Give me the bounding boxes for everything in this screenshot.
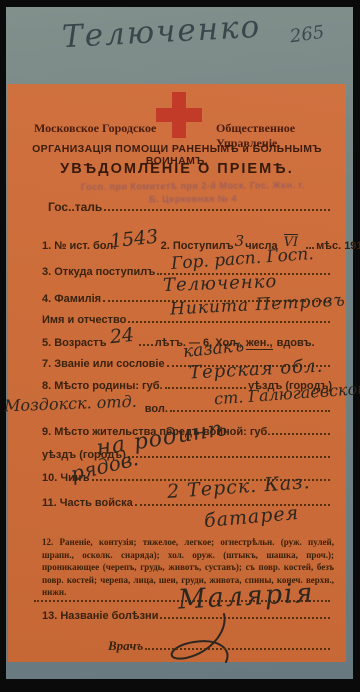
estate-label: 7. Званіе или сословіе [42, 358, 165, 370]
field-disease: 13. Названіе болѣзни Малярія [42, 605, 332, 622]
hospital-stamp-line1: Госп. при Комитетѣ при 2-й Моск. Гос. Же… [68, 179, 318, 194]
handwriting-admission-day: 3 [235, 234, 245, 249]
volost-label: вол. [145, 403, 168, 415]
age-label: 5. Возрастъ [42, 337, 107, 349]
handwriting-history-number: 1543 [109, 228, 159, 252]
form-paper: Московское Городское Общественное Управл… [8, 84, 346, 662]
history-number-label: 1. № ист. бол. [42, 240, 116, 252]
handwriting-birthplace-gub: Терская обл. [188, 357, 323, 382]
year-prefix-label: мѣс. 191 [316, 240, 360, 252]
red-cross-icon [156, 92, 202, 138]
handwriting-age: 24 [109, 326, 135, 347]
military-unit-label: 11. Часть войска [42, 497, 133, 509]
marital-underlined: жен., [246, 337, 273, 350]
surname-label: 4. Фамилія [42, 293, 101, 305]
origin-label: 3. Откуда поступилъ [42, 266, 155, 278]
handwriting-surname: Телюченко [163, 273, 278, 295]
field-birthplace-line2: Моздокск. отд. вол. ст. Галюгаевской [8, 398, 332, 415]
doctor-signature-line [145, 636, 330, 650]
org-name-left: Московское Городское [34, 121, 156, 136]
handwriting-birthplace-uezd: Моздокск. отд. [4, 394, 137, 415]
form-title: УВѢДОМЛЕНІЕ О ПРІЕМѢ. [8, 161, 346, 177]
hospital-label: Гос..таль [48, 200, 102, 214]
handwriting-military-unit-2: батарея [203, 504, 300, 531]
hospital-line [104, 197, 330, 211]
handwriting-disease: Малярія [178, 579, 316, 613]
birthplace-label: 8. Мѣсто родины: губ. [42, 380, 163, 392]
name-label: Имя и отчество [42, 314, 126, 326]
doctor-label: Врачъ [108, 638, 143, 654]
disease-label: 13. Названіе болѣзни [42, 610, 158, 622]
field-name-patronymic: Имя и отчество Никита Петровъ [42, 309, 332, 326]
handwriting-estate: казакъ [182, 338, 245, 361]
field-hospital: Гос..таль [48, 197, 332, 214]
marital-suffix-label: вдовъ. [277, 337, 315, 349]
doctor-signature-row: Врачъ [108, 636, 332, 654]
